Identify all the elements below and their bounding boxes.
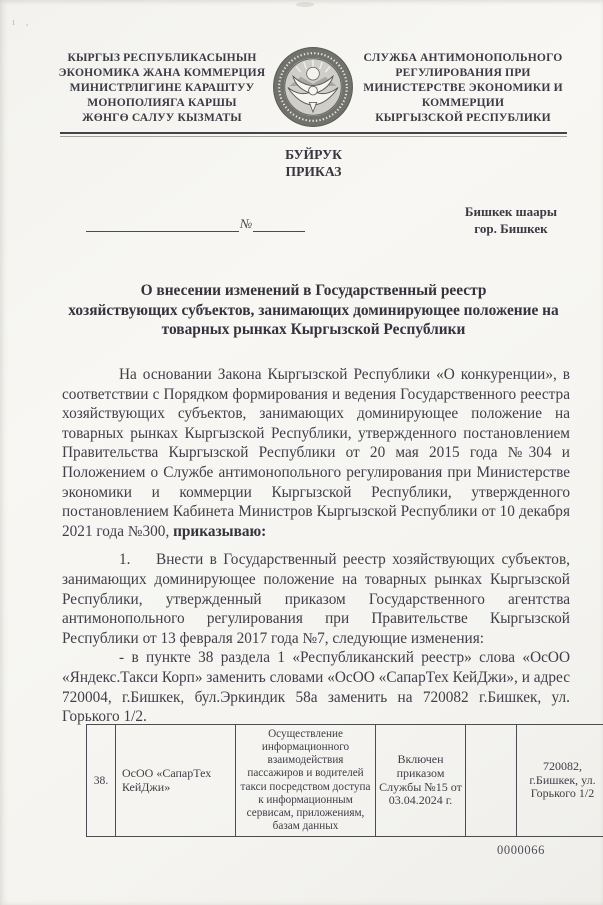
document-title-line: товарных рынках Кыргызской Республики <box>48 320 579 340</box>
paragraph-item-1: 1. Внести в Государственный реестр хозяй… <box>62 550 570 648</box>
cell-inclusion-order: Включен приказом Службы №15 от 03.04.202… <box>376 725 466 837</box>
org-ky-line: ЭКОНОМИКА ЖАНА КОММЕРЦИЯ <box>58 65 266 80</box>
preamble-text: На основании Закона Кыргызской Республик… <box>62 366 570 540</box>
org-ky-line: ЖӨНГӨ САЛУУ КЫЗМАТЫ <box>58 110 266 125</box>
org-ru-line: КЫРГЫЗСКОЙ РЕСПУБЛИКИ <box>359 110 567 125</box>
org-ru-line: СЛУЖБА АНТИМОНОПОЛЬНОГО <box>359 50 567 65</box>
org-name-russian: СЛУЖБА АНТИМОНОПОЛЬНОГО РЕГУЛИРОВАНИЯ ПР… <box>359 50 567 125</box>
org-ky-line: КЫРГЫЗ РЕСПУБЛИКАСЫНЫН <box>58 50 266 65</box>
state-emblem-seal-icon <box>272 46 354 128</box>
org-ky-line: МОНОПОЛИЯГА КАРШЫ <box>58 95 266 110</box>
number-blank-line <box>253 217 305 232</box>
paragraph-preamble: На основании Закона Кыргызской Республик… <box>62 365 570 541</box>
org-ru-line: РЕГУЛИРОВАНИЯ ПРИ <box>359 65 567 80</box>
date-blank-line <box>86 217 239 232</box>
document-title: О внесении изменений в Государственный р… <box>48 281 579 340</box>
document-title-line: хозяйствующих субъектов, занимающих доми… <box>48 301 579 321</box>
letterhead: КЫРГЫЗ РЕСПУБЛИКАСЫНЫН ЭКОНОМИКА ЖАНА КО… <box>58 46 567 128</box>
registry-table: 38. ОсОО «СапарТех КейДжи» Осуществление… <box>86 724 603 837</box>
order-heading: БУЙРУК ПРИКАЗ <box>60 147 567 180</box>
paragraph-amendment: - в пункте 38 раздела 1 «Республиканский… <box>62 648 570 726</box>
pencil-mark: ı , <box>12 16 33 28</box>
cell-address: 720082, г.Бишкек, ул. Горького 1/2 <box>517 725 603 837</box>
order-verb: приказываю: <box>173 523 266 540</box>
document-title-line: О внесении изменений в Государственный р… <box>48 281 579 301</box>
issue-place: Бишкек шаары гор. Бишкек <box>465 203 557 237</box>
cell-company-name: ОсОО «СапарТех КейДжи» <box>116 725 236 837</box>
order-heading-russian: ПРИКАЗ <box>60 164 567 181</box>
form-serial-number: 0000066 <box>497 843 545 858</box>
order-heading-kyrgyz: БУЙРУК <box>60 147 567 164</box>
letterhead-divider <box>60 132 567 134</box>
table-row: 38. ОсОО «СапарТех КейДжи» Осуществление… <box>87 725 603 837</box>
letterhead-divider-shadow <box>60 136 567 137</box>
issue-place-kyrgyz: Бишкек шаары <box>465 203 557 220</box>
number-sign: № <box>239 216 253 232</box>
org-ru-line: МИНИСТЕРСТВЕ ЭКОНОМИКИ И <box>359 80 567 95</box>
cell-note-empty <box>466 725 517 837</box>
order-number-line: № <box>86 216 305 232</box>
cell-entry-number: 38. <box>87 725 116 837</box>
scanned-order-page: ı , КЫРГЫЗ РЕСПУБЛИКАСЫНЫН ЭКОНОМИКА ЖАН… <box>0 0 603 905</box>
order-body: На основании Закона Кыргызской Республик… <box>62 365 570 727</box>
scan-smudge <box>296 2 314 7</box>
cell-activity: Осуществление информационного взаимодейс… <box>236 725 376 837</box>
issue-place-russian: гор. Бишкек <box>465 220 557 237</box>
registry-table-wrap: 38. ОсОО «СапарТех КейДжи» Осуществление… <box>86 724 603 837</box>
org-ru-line: КОММЕРЦИИ <box>359 95 567 110</box>
org-name-kyrgyz: КЫРГЫЗ РЕСПУБЛИКАСЫНЫН ЭКОНОМИКА ЖАНА КО… <box>58 50 266 125</box>
org-ky-line: МИНИСТРЛИГИНЕ КАРАШТУУ <box>58 80 266 95</box>
